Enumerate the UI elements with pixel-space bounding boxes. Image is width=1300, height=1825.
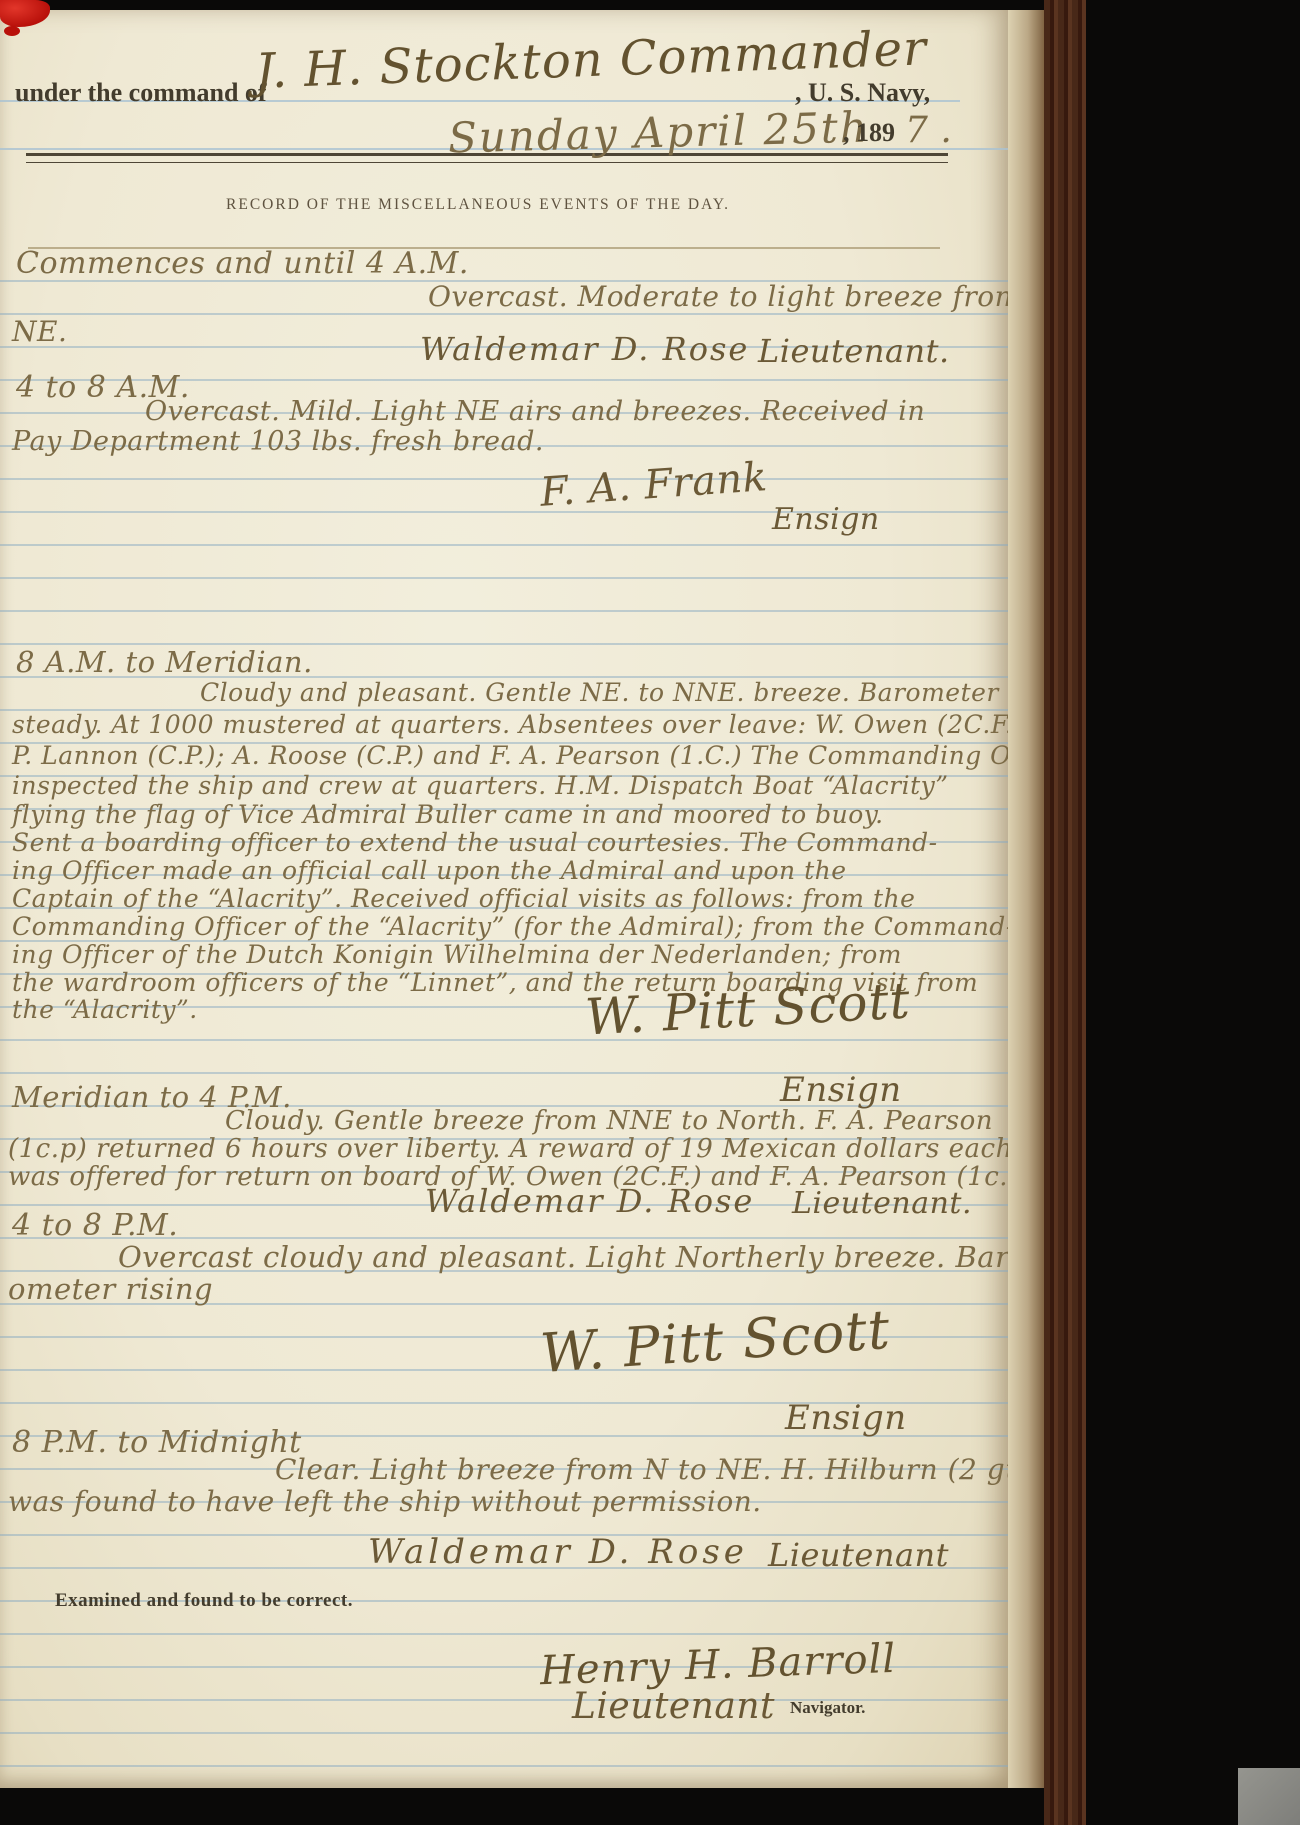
watch-signature-rank: Lieutenant. <box>758 332 950 370</box>
watch-signature: W. Pitt Scott <box>538 1298 892 1385</box>
watch-signature: Waldemar D. Rose <box>368 1532 748 1572</box>
watch-line: Overcast. Mild. Light NE airs and breeze… <box>145 396 925 427</box>
navigator-label: Navigator. <box>790 1698 865 1718</box>
watch-line: Overcast. Moderate to light breeze from <box>428 280 1008 313</box>
watch-signature: F. A. Frank <box>539 454 769 516</box>
red-corner-mark-small <box>4 26 20 36</box>
record-title: RECORD OF THE MISCELLANEOUS EVENTS OF TH… <box>0 196 956 214</box>
page-edge-curl <box>1008 6 1044 1796</box>
watch-line: ing Officer made an official call upon t… <box>12 856 847 885</box>
watch-signature-rank: Lieutenant <box>768 1536 949 1574</box>
watch-signature: Waldemar D. Rose <box>420 330 749 368</box>
examined-label: Examined and found to be correct. <box>55 1590 353 1612</box>
watch-line: Commanding Officer of the “Alacrity” (fo… <box>12 912 1008 941</box>
watch-line: Cloudy. Gentle breeze from NNE to North.… <box>225 1106 993 1136</box>
watch-line: Sent a boarding officer to extend the us… <box>12 828 938 857</box>
watch-line: Cloudy and pleasant. Gentle NE. to NNE. … <box>200 678 999 707</box>
watch-heading: 4 to 8 P.M. <box>12 1208 178 1243</box>
watch-line: Captain of the “Alacrity”. Received offi… <box>12 884 915 913</box>
logbook-page: under the command of J. H. Stockton Comm… <box>0 10 1008 1788</box>
watch-signature-rank: Ensign <box>772 502 880 537</box>
watch-heading: 8 P.M. to Midnight <box>12 1425 302 1460</box>
watch-heading: Commences and until 4 A.M. <box>16 246 469 281</box>
book-binding <box>1044 0 1086 1825</box>
watch-line: ometer rising <box>8 1272 213 1306</box>
year-printed: , 189 <box>843 118 895 148</box>
watch-line: (1c.p) returned 6 hours over liberty. A … <box>8 1134 1008 1164</box>
watch-line: flying the flag of Vice Admiral Buller c… <box>12 800 884 829</box>
navigator-signature-rank: Lieutenant <box>572 1686 775 1727</box>
watch-line: was found to have left the ship without … <box>8 1485 762 1518</box>
watch-line: Clear. Light breeze from N to NE. H. Hil… <box>275 1453 1008 1486</box>
scanner-shadow-top <box>0 0 1044 10</box>
watch-line: inspected the ship and crew at quarters.… <box>12 771 949 800</box>
under-command-label: under the command of <box>15 78 267 108</box>
watch-signature: Waldemar D. Rose <box>425 1182 754 1220</box>
watch-line: Overcast cloudy and pleasant. Light Nort… <box>118 1240 1008 1274</box>
scanner-shadow-bottom <box>0 1788 1044 1825</box>
watch-heading: 8 A.M. to Meridian. <box>16 645 313 679</box>
scanned-logbook-screenshot: under the command of J. H. Stockton Comm… <box>0 0 1300 1825</box>
watch-line: NE. <box>12 315 67 348</box>
watch-line: P. Lannon (C.P.); A. Roose (C.P.) and F.… <box>12 741 1008 770</box>
watch-line: ing Officer of the Dutch Konigin Wilhelm… <box>12 940 902 969</box>
watch-signature-rank: Ensign <box>785 1398 907 1438</box>
watch-signature-rank: Lieutenant. <box>792 1186 972 1221</box>
year-handwritten: 7 . <box>905 110 952 151</box>
watch-line: steady. At 1000 mustered at quarters. Ab… <box>12 710 1008 739</box>
watch-line: Pay Department 103 lbs. fresh bread. <box>12 426 544 457</box>
watch-signature-rank: Ensign <box>780 1070 902 1110</box>
scanner-corner-patch <box>1238 1768 1300 1825</box>
watch-line: the “Alacrity”. <box>12 995 198 1024</box>
